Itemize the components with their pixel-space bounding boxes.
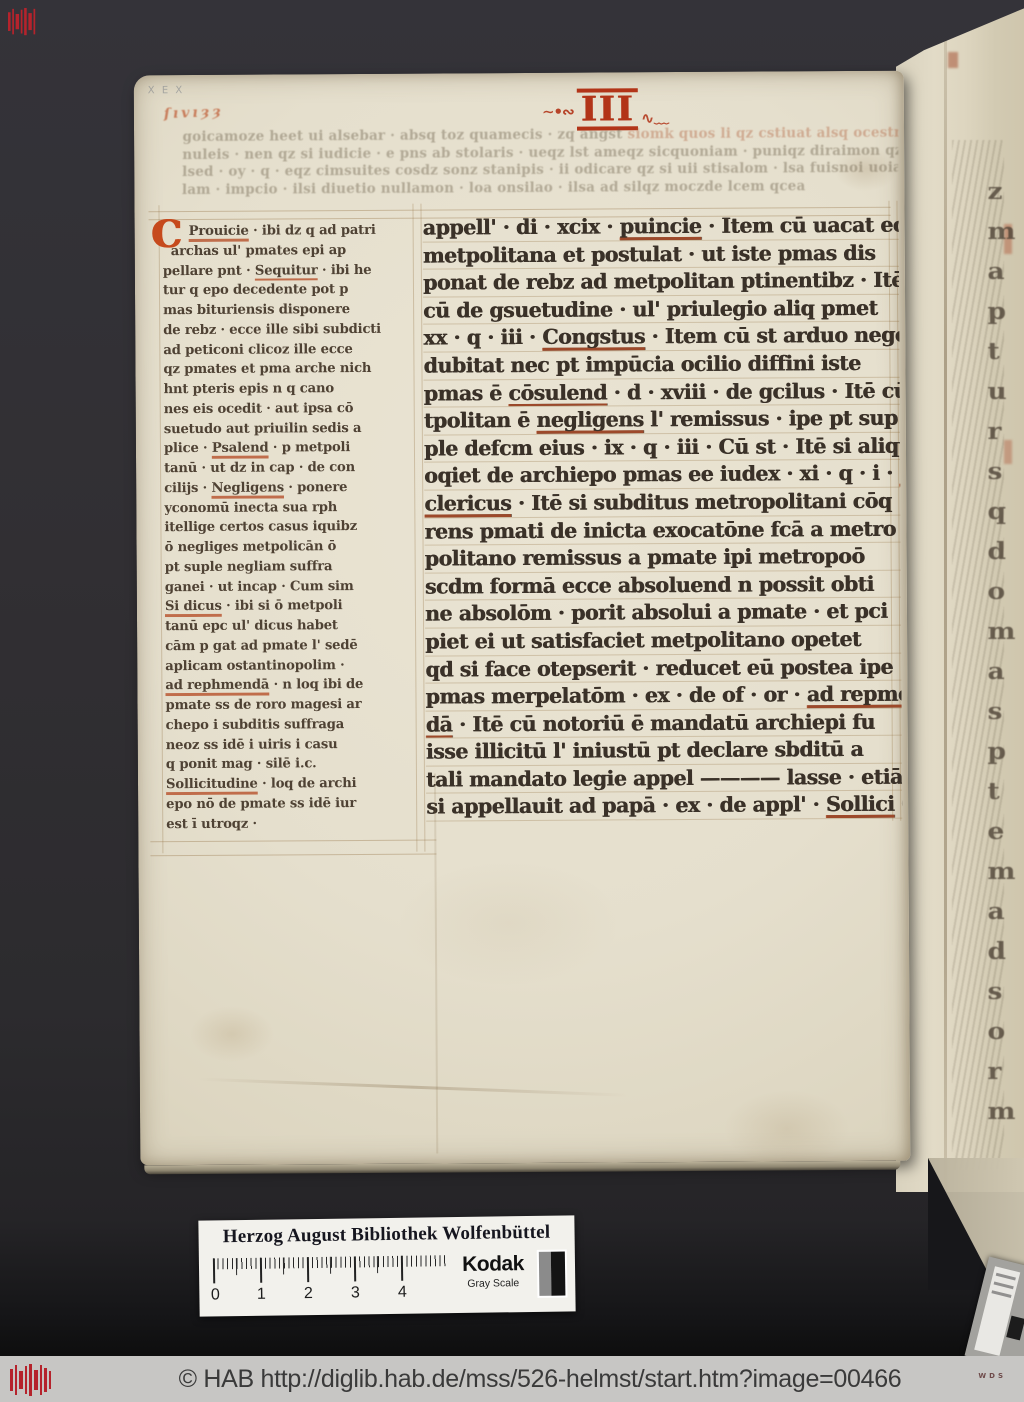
- parchment-wrinkle: [198, 1078, 628, 1097]
- gloss-line: ō negliges metpolicān ō: [165, 537, 419, 558]
- text-line: dā · Itē cū notoriū ē mandatū archiepi f…: [426, 708, 902, 739]
- edge-glyph: o: [987, 578, 1024, 618]
- edge-glyph: e: [987, 818, 1024, 858]
- text-line: dubitat nec pt impūcia ocilio diffini is…: [423, 350, 899, 381]
- gloss-line: epo nō de pmate ss idē iur: [166, 793, 420, 814]
- text-line: ponat de rebz ad metpolitan ptinentibz ·…: [423, 267, 899, 298]
- text-line: isse illicitū l' iniustū pt declare sbdi…: [426, 736, 902, 767]
- text-line: piet ei ut satisfaciet metpolitano opete…: [425, 626, 901, 657]
- ruler-number: 2: [304, 1285, 313, 1303]
- text-line: ne absolōm · porit absolui a pmate · et …: [425, 598, 901, 629]
- gloss-line: neoz ss idē i uiris i casu: [166, 734, 420, 755]
- ruler-half-tick: [236, 1258, 237, 1275]
- edge-glyph: s: [987, 458, 1024, 498]
- gloss-line: tur q epo decedente pot p: [163, 280, 417, 301]
- edge-glyph: o: [987, 1018, 1024, 1058]
- gloss-line: de rebz · ecce ille sibi subdicti: [163, 319, 417, 340]
- ruler-half-tick: [377, 1256, 378, 1273]
- show-through-text: goicamoze heet ui alsebar · absq toz qua…: [182, 125, 899, 199]
- kodak-wordmark: Kodak: [455, 1252, 531, 1277]
- edge-glyph: m: [987, 1098, 1024, 1138]
- gloss-line: est ī utroqz ·: [166, 813, 420, 834]
- edge-glyph: s: [987, 978, 1024, 1018]
- edge-glyph: m: [987, 858, 1024, 898]
- copyright-bar: © HAB http://diglib.hab.de/mss/526-helms…: [0, 1356, 1024, 1402]
- ruler-number: 3: [351, 1284, 360, 1302]
- red-smudge: [948, 52, 958, 68]
- folio-numeral: ∼•∾ III ∿﹏: [542, 88, 669, 131]
- gray-patch-black: [551, 1252, 566, 1296]
- edge-glyph: p: [987, 298, 1024, 338]
- numeral-flourish-right: ∿﹏: [641, 107, 669, 128]
- ruler-cm-tick: [354, 1256, 356, 1281]
- text-line: cū de gsuetudine · ul' priulegio aliq pm…: [423, 294, 899, 325]
- numeral-flourish-left: ∼•∾: [542, 103, 574, 121]
- text-line: politano remissus a pmate ipi metropoō: [425, 543, 901, 574]
- text-line: si appellauit ad papā · ex · de appl' · …: [426, 791, 902, 822]
- cm-ruler: 0 1 2 3 4: [213, 1255, 454, 1308]
- edge-glyph: a: [987, 258, 1024, 298]
- red-inscription: ſıvıȝȝ: [164, 104, 224, 122]
- gloss-line: ad peticoni clicoz ille ecce: [163, 339, 417, 360]
- gray-patch: [537, 1249, 568, 1297]
- gloss-line: plice · Psalend · p metpoli: [164, 438, 418, 459]
- card-fragment-patch: [1006, 1316, 1024, 1341]
- text-line: tpolitan ē negligens l' remissus · ipe p…: [424, 405, 900, 436]
- next-page-letter-edge: zmaptursqdomasptemadsorm: [990, 178, 1024, 1138]
- text-line: metpolitana et postulat · ut iste pmas d…: [423, 239, 899, 270]
- gloss-line: tanū epc ul' dicus habet: [165, 616, 419, 637]
- edge-glyph: z: [987, 178, 1024, 218]
- gloss-line: Prouicie · ibi dz q ad patri: [163, 221, 417, 242]
- ruler-number: 1: [257, 1286, 266, 1304]
- gloss-line: ad rephmendā · n loq ibi de: [165, 675, 419, 696]
- gloss-line: cām p gat ad pmate l' sedē: [165, 635, 419, 656]
- registration-mark-bottom-left: [10, 1364, 51, 1396]
- grayscale-card: Herzog August Bibliothek Wolfenbüttel 0 …: [198, 1215, 575, 1316]
- text-line: pmas merpelatōm · ex · de of · or · ad r…: [425, 681, 901, 712]
- page-fold-line: [944, 0, 947, 1192]
- gloss-line: qz pmates et pma arche nich: [163, 359, 417, 380]
- photograph-frame: zmaptursqdomasptemadsorm X E X ſıvıȝȝ ∼•…: [0, 0, 1024, 1402]
- corner-code: WDS: [978, 1372, 1006, 1380]
- gloss-line: Si dicus · ibi si ō metpoli: [165, 596, 419, 617]
- gloss-line: hnt pteris epis n q cano: [164, 379, 418, 400]
- ruler-cm-tick: [307, 1257, 309, 1282]
- edge-glyph: q: [987, 498, 1024, 538]
- ghost-line: lam · impcio · ilsi diuetio nullamon · l…: [182, 177, 898, 199]
- gloss-line: pellare pnt · Sequitur · ibi he: [163, 260, 417, 281]
- edge-glyph: d: [987, 538, 1024, 578]
- copyright-text: © HAB http://diglib.hab.de/mss/526-helms…: [0, 1365, 1024, 1394]
- edge-glyph: m: [987, 618, 1024, 658]
- edge-glyph: a: [987, 898, 1024, 938]
- main-text-column: appell' · di · xcix · puincie · Item cū …: [423, 212, 903, 822]
- gloss-line: mas bituriensis disponere: [163, 300, 417, 321]
- gloss-column: Prouicie · ibi dz q ad patriarchas ul' p…: [163, 221, 421, 835]
- micro-text-line: [996, 1273, 1016, 1281]
- ruling-line: [150, 854, 436, 857]
- text-line: pmas ē cōsulend · d · xviii · de gcilus …: [424, 377, 900, 408]
- gloss-line: suetudo aut priuilin sedis a: [164, 418, 418, 439]
- edge-glyph: r: [987, 418, 1024, 458]
- edge-glyph: p: [987, 738, 1024, 778]
- ruler-number: 4: [398, 1284, 407, 1302]
- shelfmark-ghost: X E X: [148, 85, 184, 96]
- edge-glyph: s: [987, 698, 1024, 738]
- micro-text-line: [991, 1290, 1011, 1298]
- ruling-line: [150, 840, 436, 843]
- parchment-crease: [434, 774, 438, 1154]
- gloss-line: aplicam ostantinopolim ·: [165, 655, 419, 676]
- text-line: rens pmati de inicta exocatōne fcā a met…: [424, 515, 900, 546]
- edge-glyph: r: [987, 1058, 1024, 1098]
- gloss-line: nes eis ocedit · aut ipsa cō: [164, 398, 418, 419]
- text-line: tali mandato legie appel ———— lasse · et…: [426, 764, 902, 795]
- text-line: xx · q · iii · Congstus · Item cū st ard…: [423, 322, 899, 353]
- numeral-III: III: [577, 88, 639, 130]
- edge-glyph: m: [987, 218, 1024, 258]
- edge-glyph: a: [987, 658, 1024, 698]
- ruler-half-tick: [330, 1257, 331, 1274]
- gray-patch-mid: [539, 1252, 551, 1296]
- gloss-line: q ponit mag · silē i.c.: [166, 754, 420, 775]
- gloss-line: itellige certos casus iquibz: [164, 517, 418, 538]
- micro-text-line: [994, 1281, 1014, 1289]
- text-line: clericus · Itē si subditus metropolitani…: [424, 488, 900, 519]
- manuscript-page: X E X ſıvıȝȝ ∼•∾ III ∿﹏ goicamoze heet u…: [134, 71, 911, 1166]
- gray-scale-label: Gray Scale: [455, 1277, 531, 1290]
- edge-glyph: t: [987, 338, 1024, 378]
- fore-edge-strip: zmaptursqdomasptemadsorm: [896, 0, 1024, 1192]
- ruler-cm-tick: [401, 1256, 403, 1281]
- gloss-line: chepo i subditis suffraga: [166, 714, 420, 735]
- registration-mark-top-left: [8, 8, 35, 35]
- edge-glyph: u: [987, 378, 1024, 418]
- text-line: qd si face otepserit · reducet eū postea…: [425, 653, 901, 684]
- gloss-line: tanū · ut dz in cap · de con: [164, 458, 418, 479]
- text-line: appell' · di · xcix · puincie · Item cū …: [423, 212, 899, 243]
- text-line: ple defcm eius · ix · q · iii · Cū st · …: [424, 432, 900, 463]
- gloss-line: Sollicitudine · loq de archi: [166, 774, 420, 795]
- ruler-cm-tick: [260, 1258, 262, 1283]
- text-line: scdm formā ecce absoluend n possit obti: [425, 570, 901, 601]
- edge-glyph: d: [987, 938, 1024, 978]
- ruler-number: 0: [211, 1286, 220, 1304]
- ruler-cm-tick: [213, 1258, 215, 1283]
- gloss-line: yconomū inecta sua rph: [164, 497, 418, 518]
- text-line: oqiet de archiepo pmas ee iudex · xi · q…: [424, 460, 900, 491]
- gloss-line: pt suple negliam suffra: [165, 556, 419, 577]
- gloss-line: ganei · ut incap · Cum sim: [165, 576, 419, 597]
- gloss-line: pmate ss de roro magesi ar: [165, 695, 419, 716]
- edge-glyph: t: [987, 778, 1024, 818]
- library-name: Herzog August Bibliothek Wolfenbüttel: [206, 1221, 566, 1248]
- gloss-line: cilijs · Negligens · ponere: [164, 477, 418, 498]
- kodak-brand: Kodak Gray Scale: [455, 1252, 532, 1290]
- gloss-line: archas ul' pmates epi ap: [163, 240, 417, 261]
